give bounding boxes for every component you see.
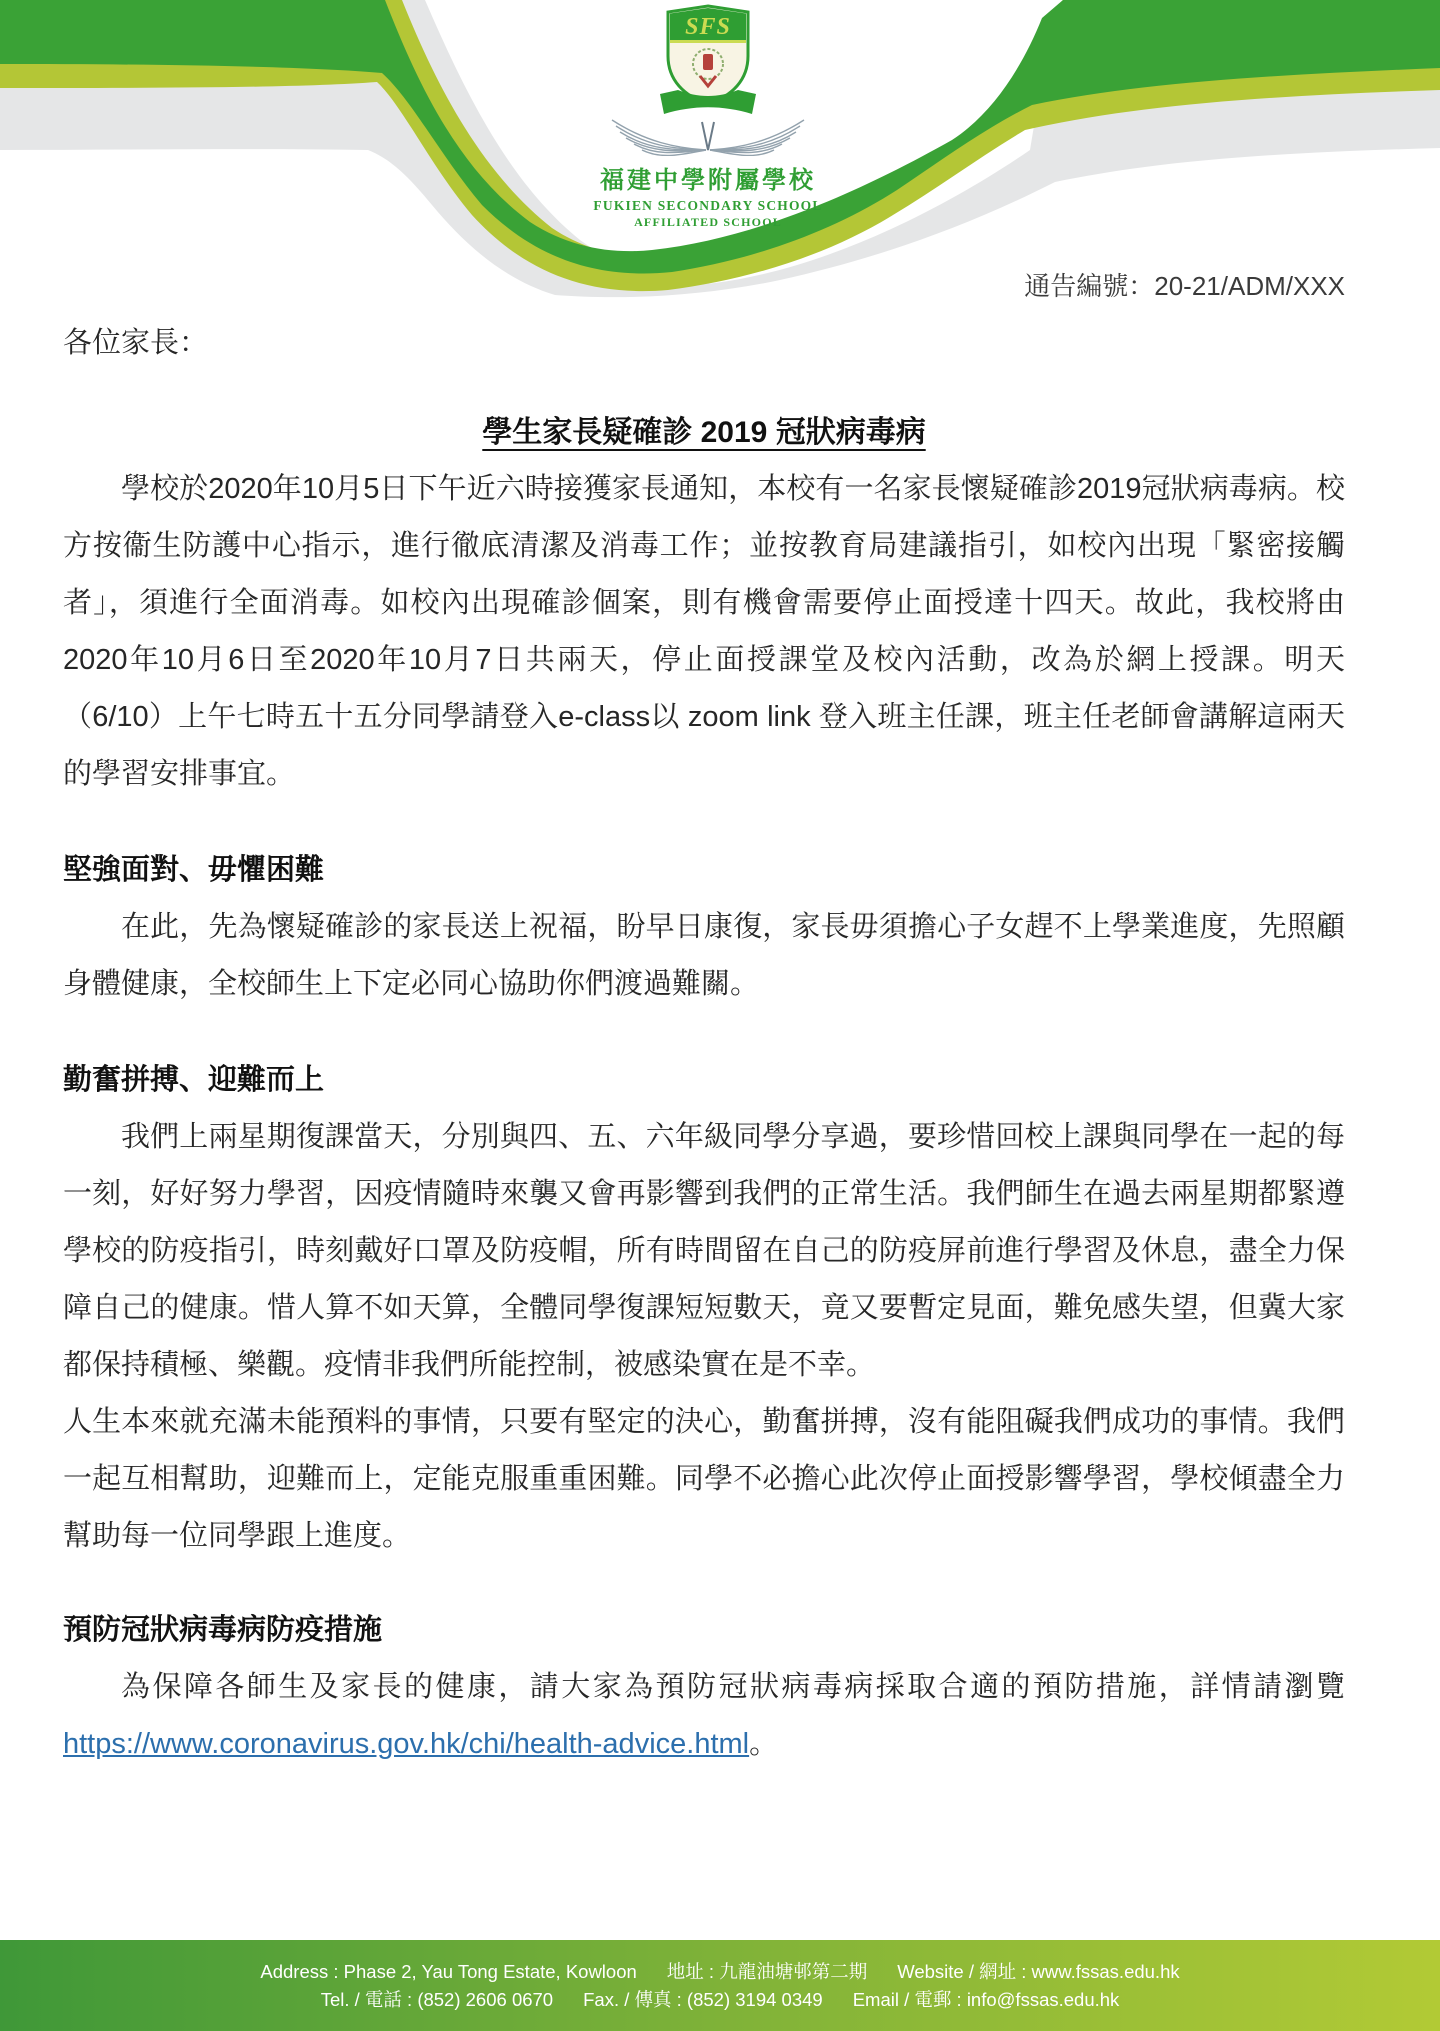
section-heading-face-difficulty: 堅強面對、毋懼困難	[63, 842, 1345, 899]
paragraph-encouragement: 人生本來就充滿未能預料的事情，只要有堅定的決心，勤奮拼搏，沒有能阻礙我們成功的事…	[63, 1394, 1345, 1565]
letter-body: 通告編號：20-21/ADM/XXX 各位家長： 學生家長疑確診 2019 冠狀…	[63, 0, 1345, 1773]
notice-page: SFS 福建	[0, 0, 1440, 2031]
salutation: 各位家長：	[63, 315, 1345, 372]
letter-title: 學生家長疑確診 2019 冠狀病毒病	[63, 404, 1345, 461]
paragraph-blessing: 在此，先為懷疑確診的家長送上祝福，盼早日康復，家長毋須擔心子女趕不上學業進度，先…	[63, 899, 1345, 1013]
link-period: 。	[749, 1728, 778, 1760]
notice-number: 通告編號：20-21/ADM/XXX	[63, 258, 1345, 315]
section-heading-prevention: 預防冠狀病毒病防疫措施	[63, 1602, 1345, 1659]
footer-email: Email / 電郵 : info@fssas.edu.hk	[853, 1989, 1120, 2011]
footer-contact-line: Tel. / 電話 : (852) 2606 0670 Fax. / 傳真 : …	[0, 1989, 1440, 2011]
footer-address-zh: 地址 : 九龍油塘邨第二期	[667, 1961, 867, 1983]
paragraph-resumption: 我們上兩星期復課當天，分別與四、五、六年級同學分享過，要珍惜回校上課與同學在一起…	[63, 1109, 1345, 1394]
health-advice-line: https://www.coronavirus.gov.hk/chi/healt…	[63, 1716, 1345, 1773]
footer-website: Website / 網址 : www.fssas.edu.hk	[897, 1961, 1179, 1983]
section-heading-strive: 勤奮拼搏、迎難而上	[63, 1052, 1345, 1109]
footer-fax: Fax. / 傳真 : (852) 3194 0349	[583, 1989, 823, 2011]
paragraph-outbreak-notice: 學校於2020年10月5日下午近六時接獲家長通知，本校有一名家長懷疑確診2019…	[63, 461, 1345, 803]
paragraph-prevention: 為保障各師生及家長的健康，請大家為預防冠狀病毒病採取合適的預防措施，詳情請瀏覽	[63, 1659, 1345, 1716]
health-advice-link[interactable]: https://www.coronavirus.gov.hk/chi/healt…	[63, 1728, 749, 1760]
footer-address-line: Address : Phase 2, Yau Tong Estate, Kowl…	[0, 1961, 1440, 1983]
footer-bar: Address : Phase 2, Yau Tong Estate, Kowl…	[0, 1940, 1440, 2031]
footer-address-en: Address : Phase 2, Yau Tong Estate, Kowl…	[260, 1961, 636, 1983]
footer-tel: Tel. / 電話 : (852) 2606 0670	[321, 1989, 553, 2011]
